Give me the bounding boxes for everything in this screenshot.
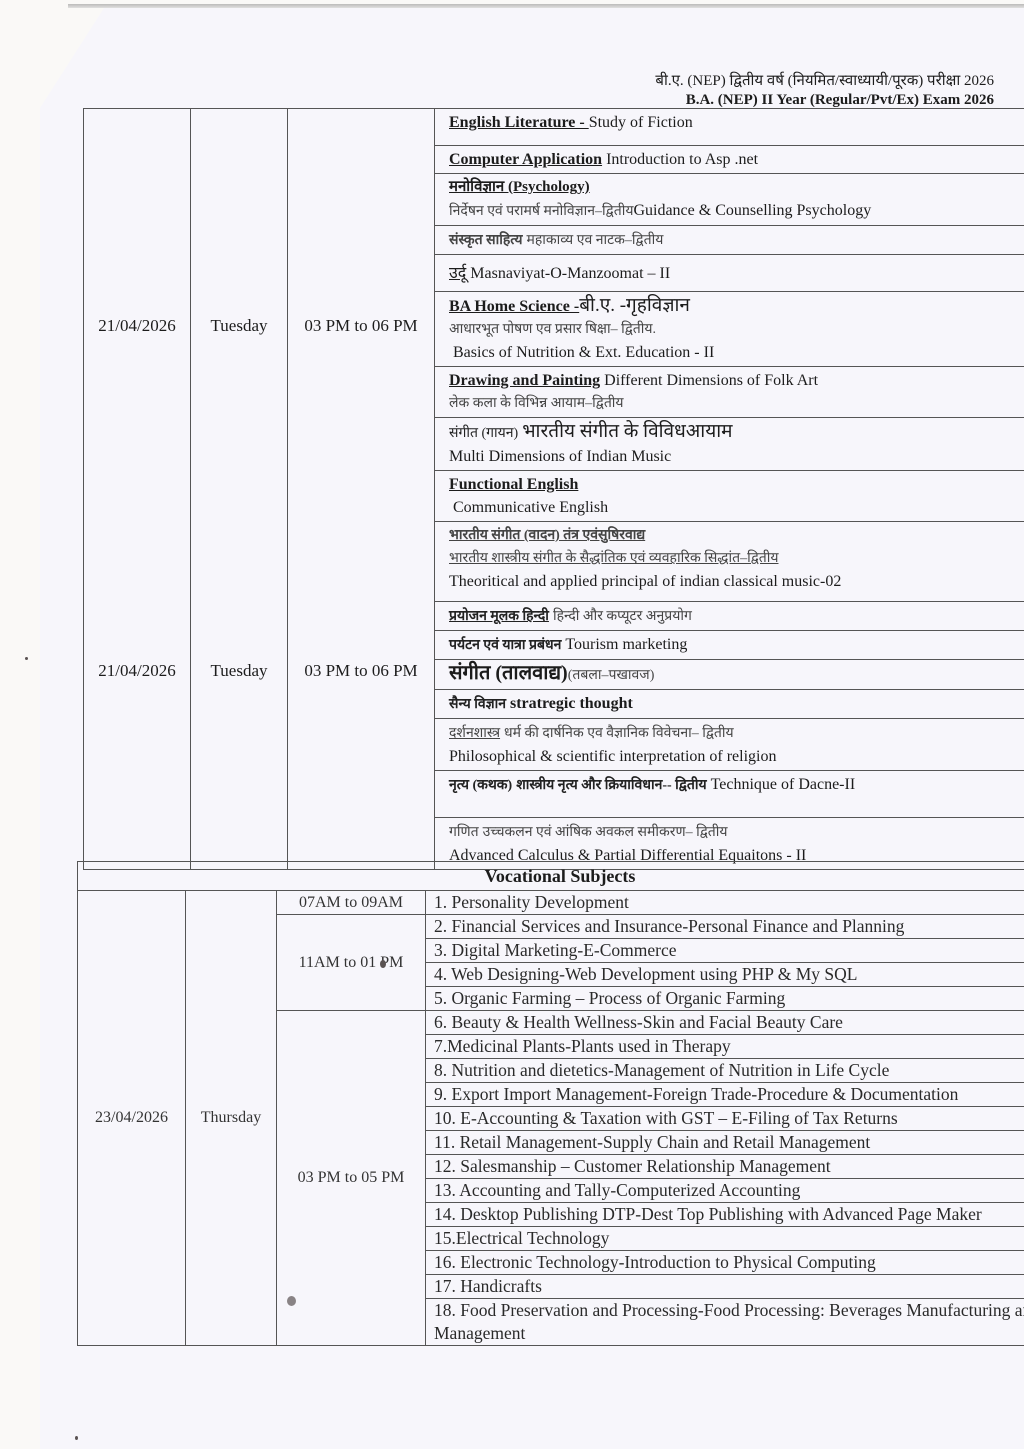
vocational-subject: 15.Electrical Technology <box>426 1227 1024 1251</box>
exam-day: Tuesday <box>191 661 287 681</box>
exam-time: 03 PM to 06 PM <box>288 661 434 681</box>
time-cell: 03 PM to 06 PM 03 PM to 06 PM <box>288 109 435 870</box>
subject-row: BA Home Science -बी.ए. -गृहविज्ञान आधारभ… <box>435 292 1024 367</box>
page-top-edge <box>68 4 1024 8</box>
vocational-time-slot: 11AM to 01 PM <box>277 915 426 1011</box>
subject-row: पर्यटन एवं यात्रा प्रबंधन Tourism market… <box>435 631 1024 660</box>
subject-name: English Literature - <box>449 114 589 131</box>
subject-name: मनोविज्ञान (Psychology) <box>449 176 1024 199</box>
subject-name: Functional English <box>449 473 1024 496</box>
vocational-subject: 2. Financial Services and Insurance-Pers… <box>426 915 1024 939</box>
subject-paper: निर्देषन एवं परामर्ष मनोविज्ञान–द्वितीय <box>449 204 633 219</box>
day-cell: Tuesday Tuesday <box>191 109 288 870</box>
scan-speck <box>287 1296 296 1306</box>
subject-row: Computer Application Introduction to Asp… <box>435 146 1024 174</box>
subject-name: पर्यटन एवं यात्रा प्रबंधन <box>449 638 561 653</box>
subject-name: संगीत (तालवाद्य) <box>449 662 568 684</box>
subject-row: संगीत (गायन) भारतीय संगीत के विविधआयाम M… <box>435 418 1024 471</box>
subject-paper: हिन्दी और कप्यूटर अनुप्रयोग <box>553 609 692 624</box>
document-header: बी.ए. (NEP) द्वितीय वर्ष (नियमित/स्वाध्य… <box>655 72 994 110</box>
subject-row: Drawing and Painting Different Dimension… <box>435 367 1024 418</box>
subject-row: संस्कृत साहित्य महाकाव्य एव नाटक–द्वितीय <box>435 226 1024 255</box>
vocational-subject: 9. Export Import Management-Foreign Trad… <box>426 1083 1024 1107</box>
subject-paper: भारतीय शास्त्रीय संगीत के सैद्धांतिक एवं… <box>449 547 1024 570</box>
vocational-subject: 13. Accounting and Tally-Computerized Ac… <box>426 1179 1024 1203</box>
exam-time: 03 PM to 06 PM <box>288 316 434 336</box>
subject-paper: Masnaviyat-O-Manzoomat – II <box>470 265 670 282</box>
subject-row: दर्शनशास्त्र धर्म की दार्षनिक एव वैज्ञान… <box>435 719 1024 771</box>
subject-paper-english: Philosophical & scientific interpretatio… <box>449 745 1024 768</box>
subject-paper: आधारभूत पोषण एव प्रसार षिक्षा– द्वितीय. <box>449 318 1024 341</box>
scan-speck <box>380 960 386 968</box>
vocational-subject: 4. Web Designing-Web Development using P… <box>426 963 1024 987</box>
subject-paper: भारतीय संगीत के विविधआयाम <box>522 421 732 442</box>
vocational-row: 23/04/2026Thursday07AM to 09AM1. Persona… <box>78 891 1024 915</box>
subject-paper: Communicative English <box>449 496 1024 519</box>
subject-paper-english: Theoritical and applied principal of ind… <box>449 570 1024 593</box>
vocational-time-slot: 07AM to 09AM <box>277 891 426 915</box>
subject-paper: stratregic thought <box>510 695 633 712</box>
subject-paper-english: Guidance & Counselling Psychology <box>633 202 871 219</box>
header-title-hindi: बी.ए. (NEP) द्वितीय वर्ष (नियमित/स्वाध्य… <box>655 72 994 91</box>
subject-name: Computer Application <box>449 151 602 168</box>
date-cell: 21/04/2026 21/04/2026 <box>84 109 191 870</box>
subject-paper-english: Basics of Nutrition & Ext. Education - I… <box>449 341 1024 364</box>
vocational-subject: 12. Salesmanship – Customer Relationship… <box>426 1155 1024 1179</box>
subject-name: गणित <box>449 825 479 840</box>
exam-date: 21/04/2026 <box>84 661 190 681</box>
subject-name: दर्शनशास्त्र <box>449 726 500 741</box>
vocational-subject: 14. Desktop Publishing DTP-Dest Top Publ… <box>426 1203 1024 1227</box>
vocational-subject: 17. Handicrafts <box>426 1275 1024 1299</box>
scan-speck <box>25 657 28 660</box>
scan-speck <box>75 1436 78 1440</box>
vocational-subject: 3. Digital Marketing-E-Commerce <box>426 939 1024 963</box>
subject-row: सैन्य विज्ञान stratregic thought <box>435 690 1024 719</box>
subject-paper: Tourism marketing <box>565 636 687 653</box>
vocational-subject: 8. Nutrition and dietetics-Management of… <box>426 1059 1024 1083</box>
subject-name: संगीत (गायन) <box>449 426 518 441</box>
subject-paper: Introduction to Asp .net <box>606 151 758 168</box>
subject-row: प्रयोजन मूलक हिन्दी हिन्दी और कप्यूटर अन… <box>435 602 1024 631</box>
subject-paper-english: Technique of Dacne-II <box>711 776 856 793</box>
subject-paper-hindi: लेक कला के विभिन्न आयाम–द्वितीय <box>449 392 1024 415</box>
vocational-subject: 7.Medicinal Plants-Plants used in Therap… <box>426 1035 1024 1059</box>
exam-day: Tuesday <box>191 316 287 336</box>
vocational-subject: 1. Personality Development <box>426 891 1024 915</box>
subject-row: English Literature - Study of Fiction <box>435 109 1024 146</box>
vocational-subject: 6. Beauty & Health Wellness-Skin and Fac… <box>426 1011 1024 1035</box>
exam-date: 21/04/2026 <box>84 316 190 336</box>
vocational-subject: 18. Food Preservation and Processing-Foo… <box>426 1299 1024 1346</box>
subject-name: भारतीय संगीत (वादन) तंत्र एवंसुषिरवाद्य <box>449 524 1024 547</box>
vocational-heading: Vocational Subjects <box>78 862 1024 891</box>
subject-paper: धर्म की दार्षनिक एव वैज्ञानिक विवेचना– द… <box>504 726 734 741</box>
subject-name: Drawing and Painting <box>449 372 600 389</box>
subject-row: भारतीय संगीत (वादन) तंत्र एवंसुषिरवाद्य … <box>435 522 1024 602</box>
vocational-time-slot: 03 PM to 05 PM <box>277 1011 426 1346</box>
subject-row: मनोविज्ञान (Psychology) निर्देषन एवं परा… <box>435 174 1024 226</box>
vocational-subject: 16. Electronic Technology-Introduction t… <box>426 1251 1024 1275</box>
subject-row: Functional English Communicative English <box>435 471 1024 522</box>
vocational-subject: 5. Organic Farming – Process of Organic … <box>426 987 1024 1011</box>
vocational-day: Thursday <box>186 891 277 1346</box>
subject-paper: Different Dimensions of Folk Art <box>604 372 818 389</box>
subject-paper: शास्त्रीय नृत्य और क्रियाविधान-- द्वितीय <box>516 778 706 793</box>
subject-name: नृत्य (कथक) <box>449 778 512 793</box>
subject-paper: Study of Fiction <box>589 114 693 131</box>
vocational-date: 23/04/2026 <box>78 891 186 1346</box>
subject-paper: उच्चकलन एवं आंषिक अवकल समीकरण– द्वितीय <box>483 825 728 840</box>
subject-paper: महाकाव्य एव नाटक–द्वितीय <box>526 233 663 248</box>
vocational-subject: 10. E-Accounting & Taxation with GST – E… <box>426 1107 1024 1131</box>
subject-name: उर्दू <box>449 265 466 282</box>
subject-row: संगीत (तालवाद्य)(तबला–पखावज) <box>435 660 1024 690</box>
subject-name: प्रयोजन मूलक हिन्दी <box>449 609 549 624</box>
subject-row: नृत्य (कथक) शास्त्रीय नृत्य और क्रियाविध… <box>435 771 1024 818</box>
subject-name: संस्कृत साहित्य <box>449 233 522 248</box>
vocational-subject: 11. Retail Management-Supply Chain and R… <box>426 1131 1024 1155</box>
subject-paper: (तबला–पखावज) <box>568 668 655 683</box>
subject-name: सैन्य विज्ञान <box>449 697 506 712</box>
exam-schedule-table: 21/04/2026 21/04/2026 Tuesday Tuesday 03… <box>83 108 1024 870</box>
subject-row: उर्दू Masnaviyat-O-Manzoomat – II <box>435 255 1024 292</box>
vocational-schedule-table: Vocational Subjects 23/04/2026Thursday07… <box>77 861 1024 1346</box>
subject-name-hindi: बी.ए. -गृहविज्ञान <box>579 295 690 316</box>
subject-paper-english: Multi Dimensions of Indian Music <box>449 445 1024 468</box>
subject-name: BA Home Science - <box>449 298 579 315</box>
